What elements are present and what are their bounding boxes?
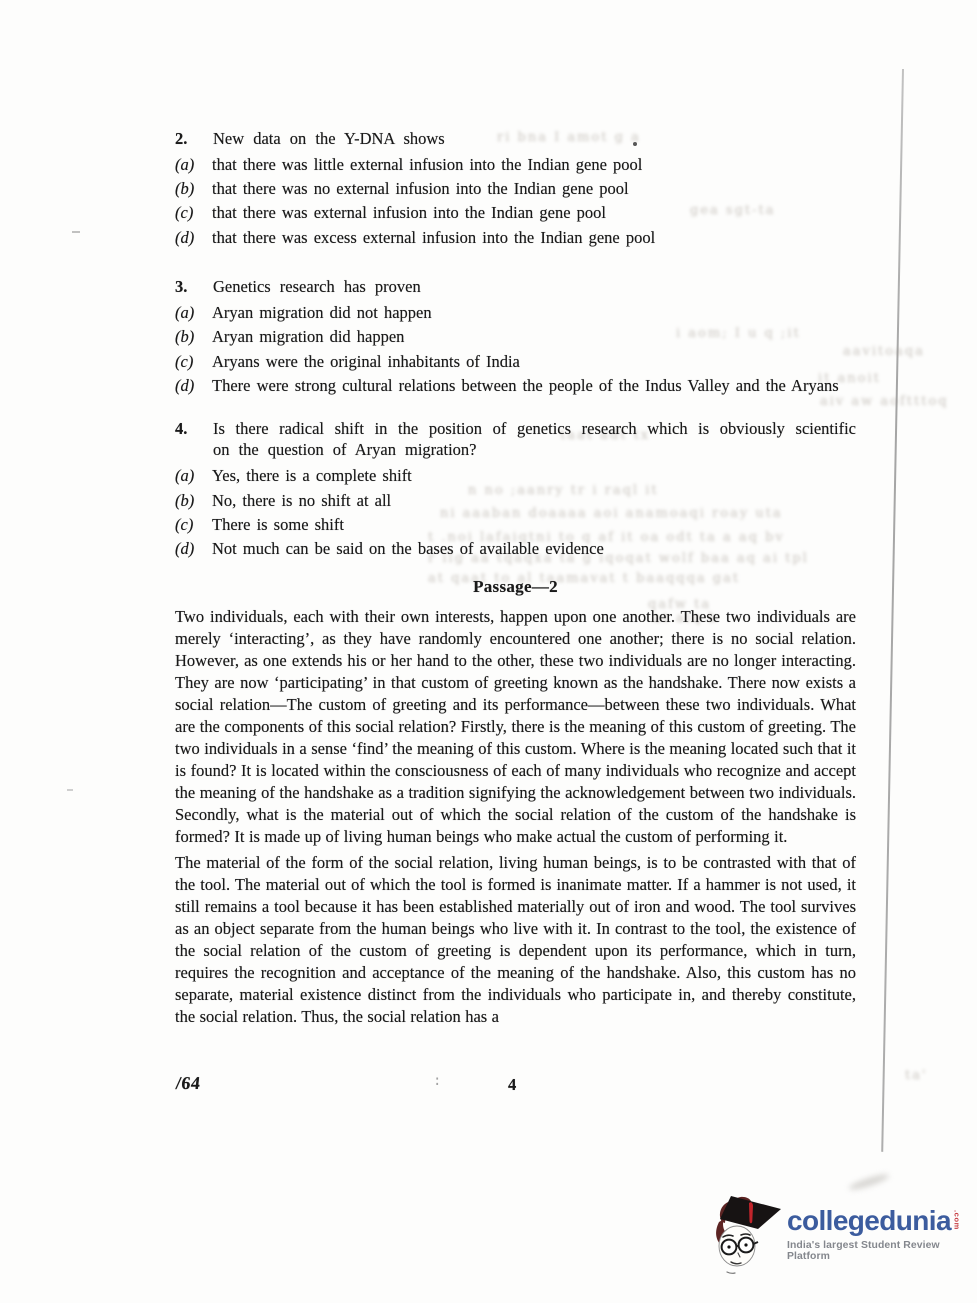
brand-domain: .com (953, 1210, 961, 1230)
brand-name: collegedunia (787, 1207, 951, 1235)
page-fold-scan-line (881, 69, 903, 1152)
margin-dash-mark (72, 231, 80, 233)
question-number: 3. (175, 276, 213, 297)
question-text: Is there radical shift in the position o… (213, 418, 856, 460)
passage-paragraph-2: The material of the form of the social r… (175, 852, 856, 1027)
option-row: (d) There were strong cultural relations… (175, 376, 856, 397)
option-text: There is some shift (212, 515, 856, 536)
passage-2-section: Passage—2 Two individuals, each with the… (175, 577, 856, 1027)
question-text: New data on the Y-DNA shows (213, 128, 856, 149)
option-label: (d) (175, 376, 212, 397)
option-text: Not much can be said on the bases of ava… (212, 539, 856, 560)
option-text: Aryan migration did happen (212, 327, 856, 348)
footer-booklet-code: /64 (175, 1073, 202, 1094)
option-text: Yes, there is a complete shift (212, 466, 856, 487)
option-text: There were strong cultural relations bet… (212, 376, 856, 397)
option-row: (a) Aryan migration did not happen (175, 303, 856, 324)
question-text: Genetics research has proven (213, 276, 856, 297)
option-label: (c) (175, 203, 212, 224)
option-row: (d) that there was excess external infus… (175, 228, 856, 249)
option-text: that there was little external infusion … (212, 155, 856, 176)
question-4-options: (a) Yes, there is a complete shift (b) N… (175, 466, 856, 559)
option-text: that there was excess external infusion … (212, 228, 856, 249)
question-3-options: (a) Aryan migration did not happen (b) A… (175, 303, 856, 396)
question-number: 2. (175, 128, 213, 149)
brand-tagline: India's largest Student Review Platform (787, 1240, 977, 1262)
passage-paragraph-1: Two individuals, each with their own int… (175, 606, 856, 847)
ghost-text: aavitoaqa (843, 344, 958, 359)
question-3-head: 3. Genetics research has proven (175, 276, 856, 297)
option-label: (a) (175, 155, 212, 176)
option-row: (b) Aryan migration did happen (175, 327, 856, 348)
option-label: (b) (175, 327, 212, 348)
margin-dot-mark (67, 789, 73, 791)
option-text: No, there is no shift at all (212, 491, 856, 512)
scan-smudge (848, 1172, 890, 1193)
question-4: 4. Is there radical shift in the positio… (175, 418, 856, 559)
question-3: 3. Genetics research has proven (a) Arya… (175, 276, 856, 396)
question-2: 2. New data on the Y-DNA shows (a) that … (175, 128, 856, 248)
question-4-head: 4. Is there radical shift in the positio… (175, 418, 856, 460)
option-label: (c) (175, 515, 212, 536)
option-row: (c) Aryans were the original inhabitants… (175, 352, 856, 373)
option-label: (d) (175, 539, 212, 560)
option-row: (a) Yes, there is a complete shift (175, 466, 856, 487)
page-content: 2. New data on the Y-DNA shows (a) that … (175, 128, 856, 1028)
option-row: (b) No, there is no shift at all (175, 491, 856, 512)
option-row: (b) that there was no external infusion … (175, 179, 856, 200)
question-number: 4. (175, 418, 213, 460)
option-text: that there was no external infusion into… (212, 179, 856, 200)
collegedunia-mascot-icon (710, 1192, 786, 1278)
option-label: (c) (175, 352, 212, 373)
option-row: (c) that there was external infusion int… (175, 203, 856, 224)
option-row: (d) Not much can be said on the bases of… (175, 539, 856, 560)
option-text: Aryan migration did not happen (212, 303, 856, 324)
option-row: (a) that there was little external infus… (175, 155, 856, 176)
ghost-text: ta' (905, 1068, 960, 1083)
scanned-exam-page: ri bna I amot g a gea sgt-ta i aom; I u … (0, 0, 977, 1303)
question-2-options: (a) that there was little external infus… (175, 155, 856, 248)
passage-heading: Passage—2 (175, 577, 856, 597)
footer-stray-mark: : (433, 1073, 441, 1089)
option-label: (a) (175, 466, 212, 487)
option-text: Aryans were the original inhabitants of … (212, 352, 856, 373)
collegedunia-wordmark: collegedunia .com India's largest Studen… (787, 1192, 977, 1262)
collegedunia-logo: collegedunia .com India's largest Studen… (710, 1192, 977, 1278)
footer-page-number: 4 (508, 1075, 516, 1095)
option-label: (b) (175, 491, 212, 512)
option-label: (a) (175, 303, 212, 324)
option-label: (d) (175, 228, 212, 249)
option-row: (c) There is some shift (175, 515, 856, 536)
question-2-head: 2. New data on the Y-DNA shows (175, 128, 856, 149)
option-label: (b) (175, 179, 212, 200)
option-text: that there was external infusion into th… (212, 203, 856, 224)
